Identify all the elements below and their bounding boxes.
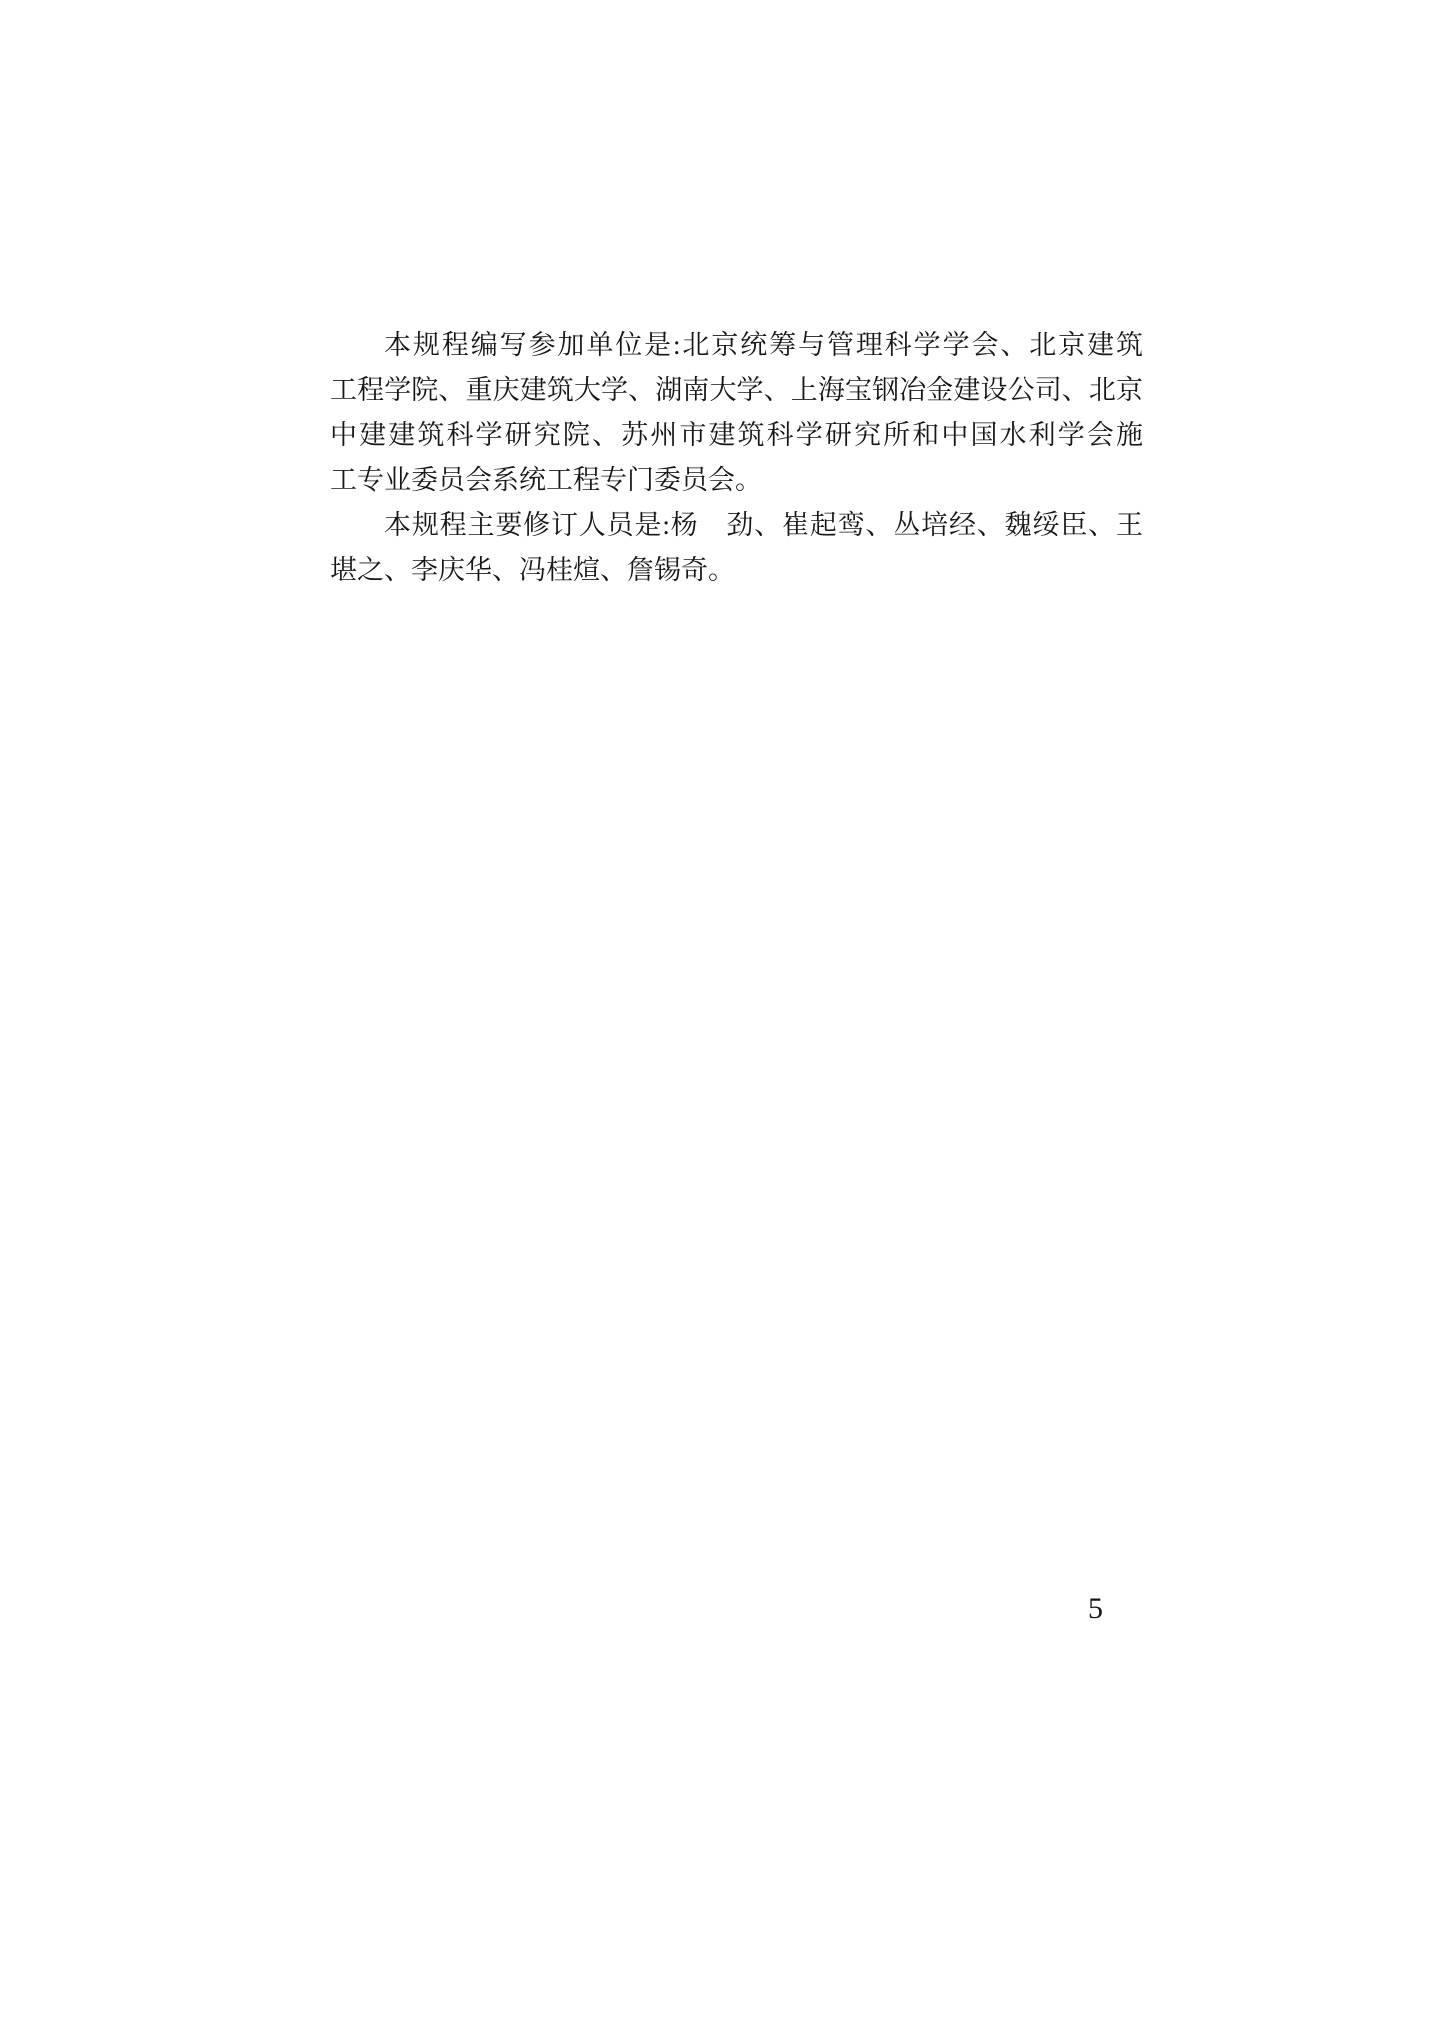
- text-line: 本规程主要修订人员是:杨 劲、崔起鸾、丛培经、魏绥臣、王: [330, 503, 1143, 548]
- text-line: 工程学院、重庆建筑大学、湖南大学、上海宝钢冶金建设公司、北京: [330, 368, 1143, 413]
- paragraph-revision-personnel: 本规程主要修订人员是:杨 劲、崔起鸾、丛培经、魏绥臣、王 堪之、李庆华、冯桂煊、…: [330, 503, 1143, 593]
- paragraph-participating-units: 本规程编写参加单位是:北京统筹与管理科学学会、北京建筑 工程学院、重庆建筑大学、…: [330, 323, 1143, 503]
- text-line: 本规程编写参加单位是:北京统筹与管理科学学会、北京建筑: [330, 323, 1143, 368]
- document-page: 本规程编写参加单位是:北京统筹与管理科学学会、北京建筑 工程学院、重庆建筑大学、…: [0, 0, 1434, 2023]
- text-line: 工专业委员会系统工程专门委员会。: [330, 458, 1143, 503]
- body-text: 本规程编写参加单位是:北京统筹与管理科学学会、北京建筑 工程学院、重庆建筑大学、…: [330, 323, 1143, 593]
- page-number: 5: [1088, 1594, 1103, 1624]
- text-line: 中建建筑科学研究院、苏州市建筑科学研究所和中国水利学会施: [330, 413, 1143, 458]
- text-line: 堪之、李庆华、冯桂煊、詹锡奇。: [330, 548, 1143, 593]
